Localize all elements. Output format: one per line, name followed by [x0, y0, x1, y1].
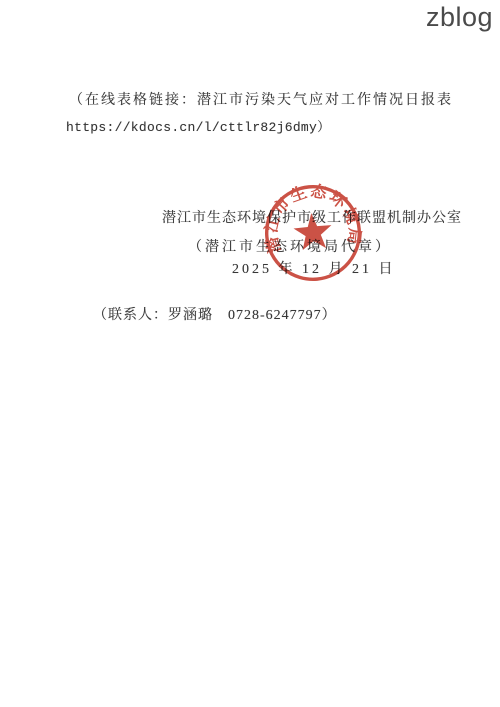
signature-proxy-note: （潜江市生态环境局代章）	[188, 239, 392, 256]
document-page: zblog （在线表格链接：潜江市污染天气应对工作情况日报表 https://k…	[0, 0, 500, 707]
signature-office-name: 潜江市生态环境保护市级工作联盟机制办公室	[162, 210, 462, 227]
online-form-url: https://kdocs.cn/l/cttlr82j6dmy）	[66, 119, 330, 136]
site-logo[interactable]: zblog	[426, 2, 493, 33]
signature-date: 2025 年 12 月 21 日	[232, 261, 396, 278]
contact-info: （联系人：罗涵璐 0728-6247797）	[93, 307, 337, 324]
online-form-link-label: （在线表格链接：潜江市污染天气应对工作情况日报表	[69, 92, 453, 109]
